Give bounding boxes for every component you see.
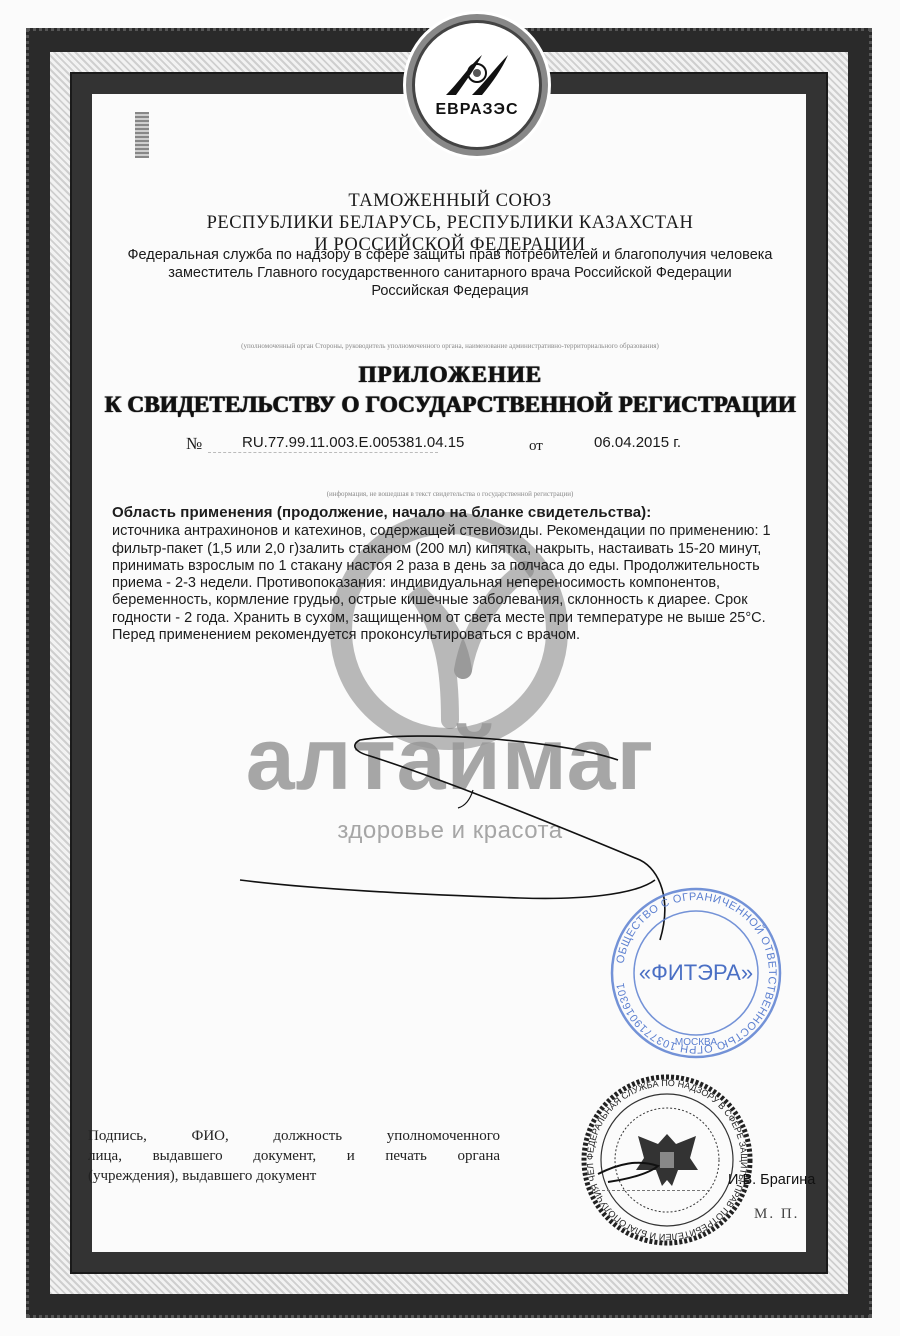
eurasec-emblem: ЕВРАЗЭС [412, 20, 542, 150]
registration-caption: (информация, не вошедшая в текст свидете… [100, 490, 800, 498]
agency-line: Федеральная служба по надзору в сфере за… [60, 246, 840, 264]
double-headed-eagle-icon [636, 1134, 698, 1186]
body-line: фильтр-пакет (1,5 или 2,0 г)залить стака… [112, 541, 842, 558]
application-scope-section: Область применения (продолжение, начало … [112, 504, 842, 644]
body-line: Перед применением рекомендуется проконсу… [112, 627, 842, 644]
agency-line: заместитель Главного государственного са… [60, 264, 840, 282]
company-stamp-name: «ФИТЭРА» [639, 960, 753, 985]
scan-residue-mark [135, 112, 149, 158]
signature-caption-line: (учреждения), выдавшего документ [88, 1166, 500, 1186]
document-subtitle: К СВИДЕТЕЛЬСТВУ О ГОСУДАРСТВЕННОЙ РЕГИСТ… [60, 392, 840, 418]
registration-number: RU.77.99.11.003.Е.005381.04.15 [242, 434, 464, 451]
body-line: принимать взрослым по 1 стакану настоя 2… [112, 558, 842, 575]
emblem-label: ЕВРАЗЭС [435, 101, 518, 119]
agency-line: Российская Федерация [60, 282, 840, 300]
number-sign: № [186, 434, 202, 454]
seal-mark: М. П. [754, 1206, 799, 1223]
agency-header: Федеральная служба по надзору в сфере за… [60, 246, 840, 300]
authority-stamp: ФЕДЕРАЛЬНАЯ СЛУЖБА ПО НАДЗОРУ В СФЕРЕ ЗА… [578, 1074, 756, 1246]
from-label: от [529, 438, 543, 455]
signer-name: И.В. Брагина [728, 1172, 815, 1188]
registration-date: 06.04.2015 г. [594, 434, 681, 451]
watermark-slogan: здоровье и красота [0, 817, 900, 845]
watermark-brand: алтаймаг [0, 708, 900, 810]
authority-caption: (уполномоченный орган Стороны, руководит… [100, 342, 800, 350]
company-stamp: ОБЩЕСТВО С ОГРАНИЧЕННОЙ ОТВЕТСТВЕННОСТЬЮ… [603, 885, 789, 1061]
company-stamp-city: МОСКВА [675, 1037, 717, 1048]
body-line: беременность, кормление грудью, острые к… [112, 592, 842, 609]
signature-caption: Подпись, ФИО, должность уполномоченного … [88, 1126, 500, 1186]
body-line: приема - 2-3 недели. Противопоказания: и… [112, 575, 842, 592]
registration-line: № RU.77.99.11.003.Е.005381.04.15 от 06.0… [180, 434, 720, 458]
signature-line [592, 1190, 710, 1191]
union-line: РЕСПУБЛИКИ БЕЛАРУСЬ, РЕСПУБЛИКИ КАЗАХСТА… [100, 212, 800, 234]
union-line: ТАМОЖЕННЫЙ СОЮЗ [100, 190, 800, 212]
eurasec-emblem-icon [442, 51, 512, 97]
body-line: годности - 2 года. Хранить в сухом, защи… [112, 610, 842, 627]
signature-caption-line: лица, выдавшего документ, и печать орган… [88, 1146, 500, 1166]
section-heading: Область применения (продолжение, начало … [112, 504, 842, 521]
body-line: источника антрахинонов и катехинов, соде… [112, 523, 842, 540]
signature-caption-line: Подпись, ФИО, должность уполномоченного [88, 1126, 500, 1146]
document-title: ПРИЛОЖЕНИЕ [100, 362, 800, 388]
certificate-page: ЕВРАЗЭС ТАМОЖЕННЫЙ СОЮЗ РЕСПУБЛИКИ БЕЛАР… [0, 0, 900, 1336]
number-underline [208, 452, 438, 453]
